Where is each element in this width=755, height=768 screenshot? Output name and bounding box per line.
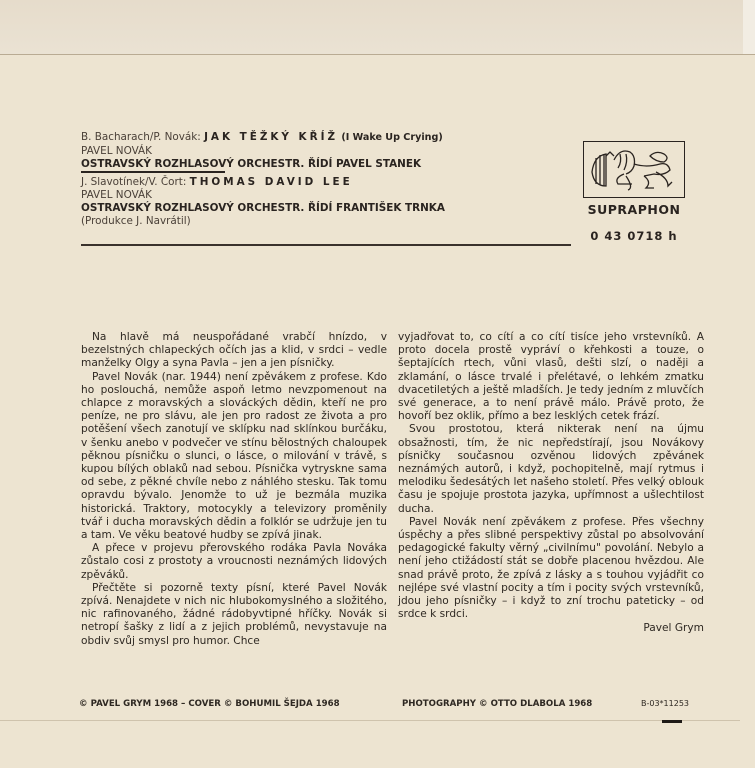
lion-with-lyre-icon — [584, 142, 684, 197]
article-paragraph: Svou prostotou, která nikterak není na ú… — [398, 423, 704, 515]
flap-edge — [743, 0, 755, 54]
header-divider — [81, 244, 571, 246]
article-paragraph: Pavel Novák není zpěvákem z profese. Pře… — [398, 516, 704, 622]
article-paragraph: vyjadřovat to, co cítí a co cítí tisíce … — [398, 331, 704, 423]
label-brand: SUPRAPHON — [580, 202, 688, 217]
article-left-column: Na hlavě má neuspořádané vrabčí hnízdo, … — [81, 331, 387, 648]
track-listing: B. Bacharach/P. Novák: JAK TĚŽKÝ KŘÍŽ (I… — [81, 131, 481, 228]
track-1-artist: PAVEL NOVÁK — [81, 145, 481, 158]
article-paragraph: Přečtěte si pozorně texty písní, které P… — [81, 582, 387, 648]
article-paragraph: Na hlavě má neuspořádané vrabčí hnízdo, … — [81, 331, 387, 371]
track-1-credit: B. Bacharach/P. Novák: — [81, 131, 201, 143]
catalog-number: 0 43 0718 h — [580, 229, 688, 243]
footer-photography: PHOTOGRAPHY © OTTO DLABOLA 1968 — [402, 699, 592, 709]
track-divider — [81, 171, 225, 173]
footer-print-code: B-03*11253 — [641, 699, 689, 708]
bottom-fold-line — [0, 720, 740, 721]
track-2-header: J. Slavotínek/V. Čort: THOMAS DAVID LEE — [81, 176, 481, 189]
track-2-title: THOMAS DAVID LEE — [190, 176, 353, 188]
article-paragraph: A přece v projevu přerovského rodáka Pav… — [81, 542, 387, 582]
track-2-credit: J. Slavotínek/V. Čort: — [81, 176, 186, 188]
article-paragraph: Pavel Novák (nar. 1944) není zpěvákem z … — [81, 371, 387, 543]
article-signature: Pavel Grym — [398, 622, 704, 635]
supraphon-logo — [583, 141, 685, 198]
track-1-orchestra: OSTRAVSKÝ ROZHLASOVÝ ORCHESTR. ŘÍDÍ PAVE… — [81, 158, 481, 171]
sleeve-top-flap — [0, 0, 755, 55]
track-1-subtitle: (I Wake Up Crying) — [341, 132, 442, 143]
track-1-title: JAK TĚŽKÝ KŘÍŽ — [204, 131, 338, 143]
bottom-mark — [662, 720, 682, 723]
track-1-header: B. Bacharach/P. Novák: JAK TĚŽKÝ KŘÍŽ (I… — [81, 131, 481, 145]
track-2-production: (Produkce J. Navrátil) — [81, 215, 481, 228]
track-2-artist: PAVEL NOVÁK — [81, 189, 481, 202]
footer-copyright: © PAVEL GRYM 1968 – COVER © BOHUMIL ŠEJD… — [79, 699, 340, 709]
article-right-column: vyjadřovat to, co cítí a co cítí tisíce … — [398, 331, 704, 636]
track-2-orchestra: OSTRAVSKÝ ROZHLASOVÝ ORCHESTR. ŘÍDÍ FRAN… — [81, 202, 481, 215]
